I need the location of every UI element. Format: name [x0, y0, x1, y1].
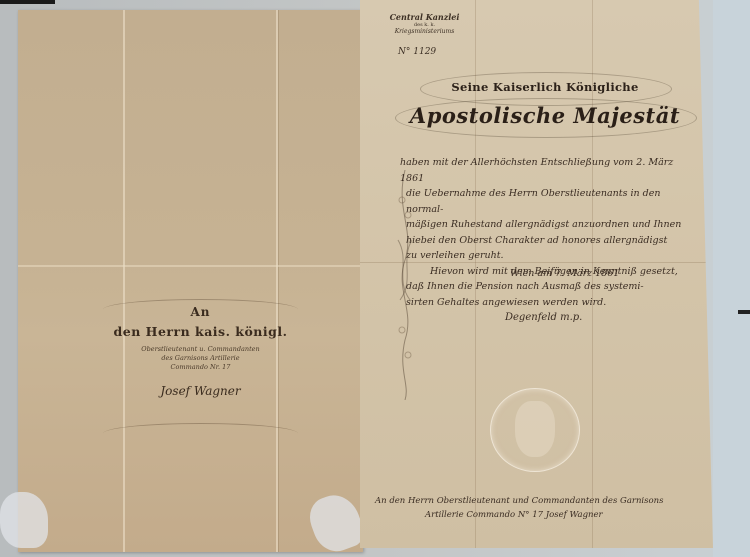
- heading-title: Seine Kaiserlich Königliche: [430, 80, 660, 94]
- stamp-line: Central Kanzlei: [382, 12, 467, 22]
- right-sheet-decree: Central Kanzlei des k. k. Kriegsminister…: [360, 0, 713, 548]
- address-recipient: den Herrn kais. königl.: [93, 324, 308, 339]
- address-title-line: Commando Nr. 17: [93, 363, 308, 372]
- left-sheet-outer-cover: An den Herrn kais. königl. Oberstlieuten…: [18, 10, 363, 552]
- body-line: hiebei den Oberst Charakter ad honores a…: [400, 233, 700, 249]
- flourish-ornament: [103, 423, 298, 444]
- signature: Degenfeld m.p.: [505, 312, 582, 323]
- body-line: zu verleihen geruht.: [400, 248, 700, 264]
- tape-piece: [0, 492, 48, 548]
- body-line: mäßigen Ruhestand allergnädigst anzuordn…: [400, 217, 700, 233]
- fold-line: [18, 265, 363, 267]
- footer-address: An den Herrn Oberstlieutenant und Comman…: [375, 494, 705, 522]
- date-line: Wien am 7. März 1861: [510, 268, 619, 279]
- footer-line: An den Herrn Oberstlieutenant und Comman…: [375, 494, 705, 508]
- address-name: Josef Wagner: [93, 384, 308, 398]
- heading-majesty: Apostolische Majestät: [400, 103, 690, 128]
- photo-background-right: [713, 0, 750, 557]
- decree-body: haben mit der Allerhöchsten Entschließun…: [400, 155, 700, 310]
- body-line: sirten Gehaltes angewiesen werden wird.: [400, 295, 700, 311]
- flourish-ornament: [103, 299, 298, 320]
- stamp-line: Kriegsministeriums: [382, 28, 467, 35]
- body-line: haben mit der Allerhöchsten Entschließun…: [400, 155, 700, 186]
- dark-edge-marker: [0, 0, 55, 4]
- body-line: die Uebernahme des Herrn Oberstlieutenan…: [400, 186, 700, 217]
- fold-line: [123, 10, 125, 552]
- body-line: daß Ihnen die Pension nach Ausmaß des sy…: [400, 279, 700, 295]
- address-title-line: Oberstlieutenant u. Commandanten: [93, 345, 308, 354]
- eagle-emblem-icon: [515, 401, 555, 457]
- dark-edge-marker: [738, 310, 750, 314]
- chancery-stamp: Central Kanzlei des k. k. Kriegsminister…: [382, 12, 467, 35]
- address-title-line: des Garnisons Artillerie: [93, 354, 308, 363]
- embossed-seal-icon: [490, 388, 580, 472]
- address-block: An den Herrn kais. königl. Oberstlieuten…: [93, 295, 308, 455]
- fold-line: [278, 10, 279, 552]
- document-number: N° 1129: [398, 47, 436, 57]
- footer-line: Artillerie Commando N° 17 Josef Wagner: [375, 508, 705, 522]
